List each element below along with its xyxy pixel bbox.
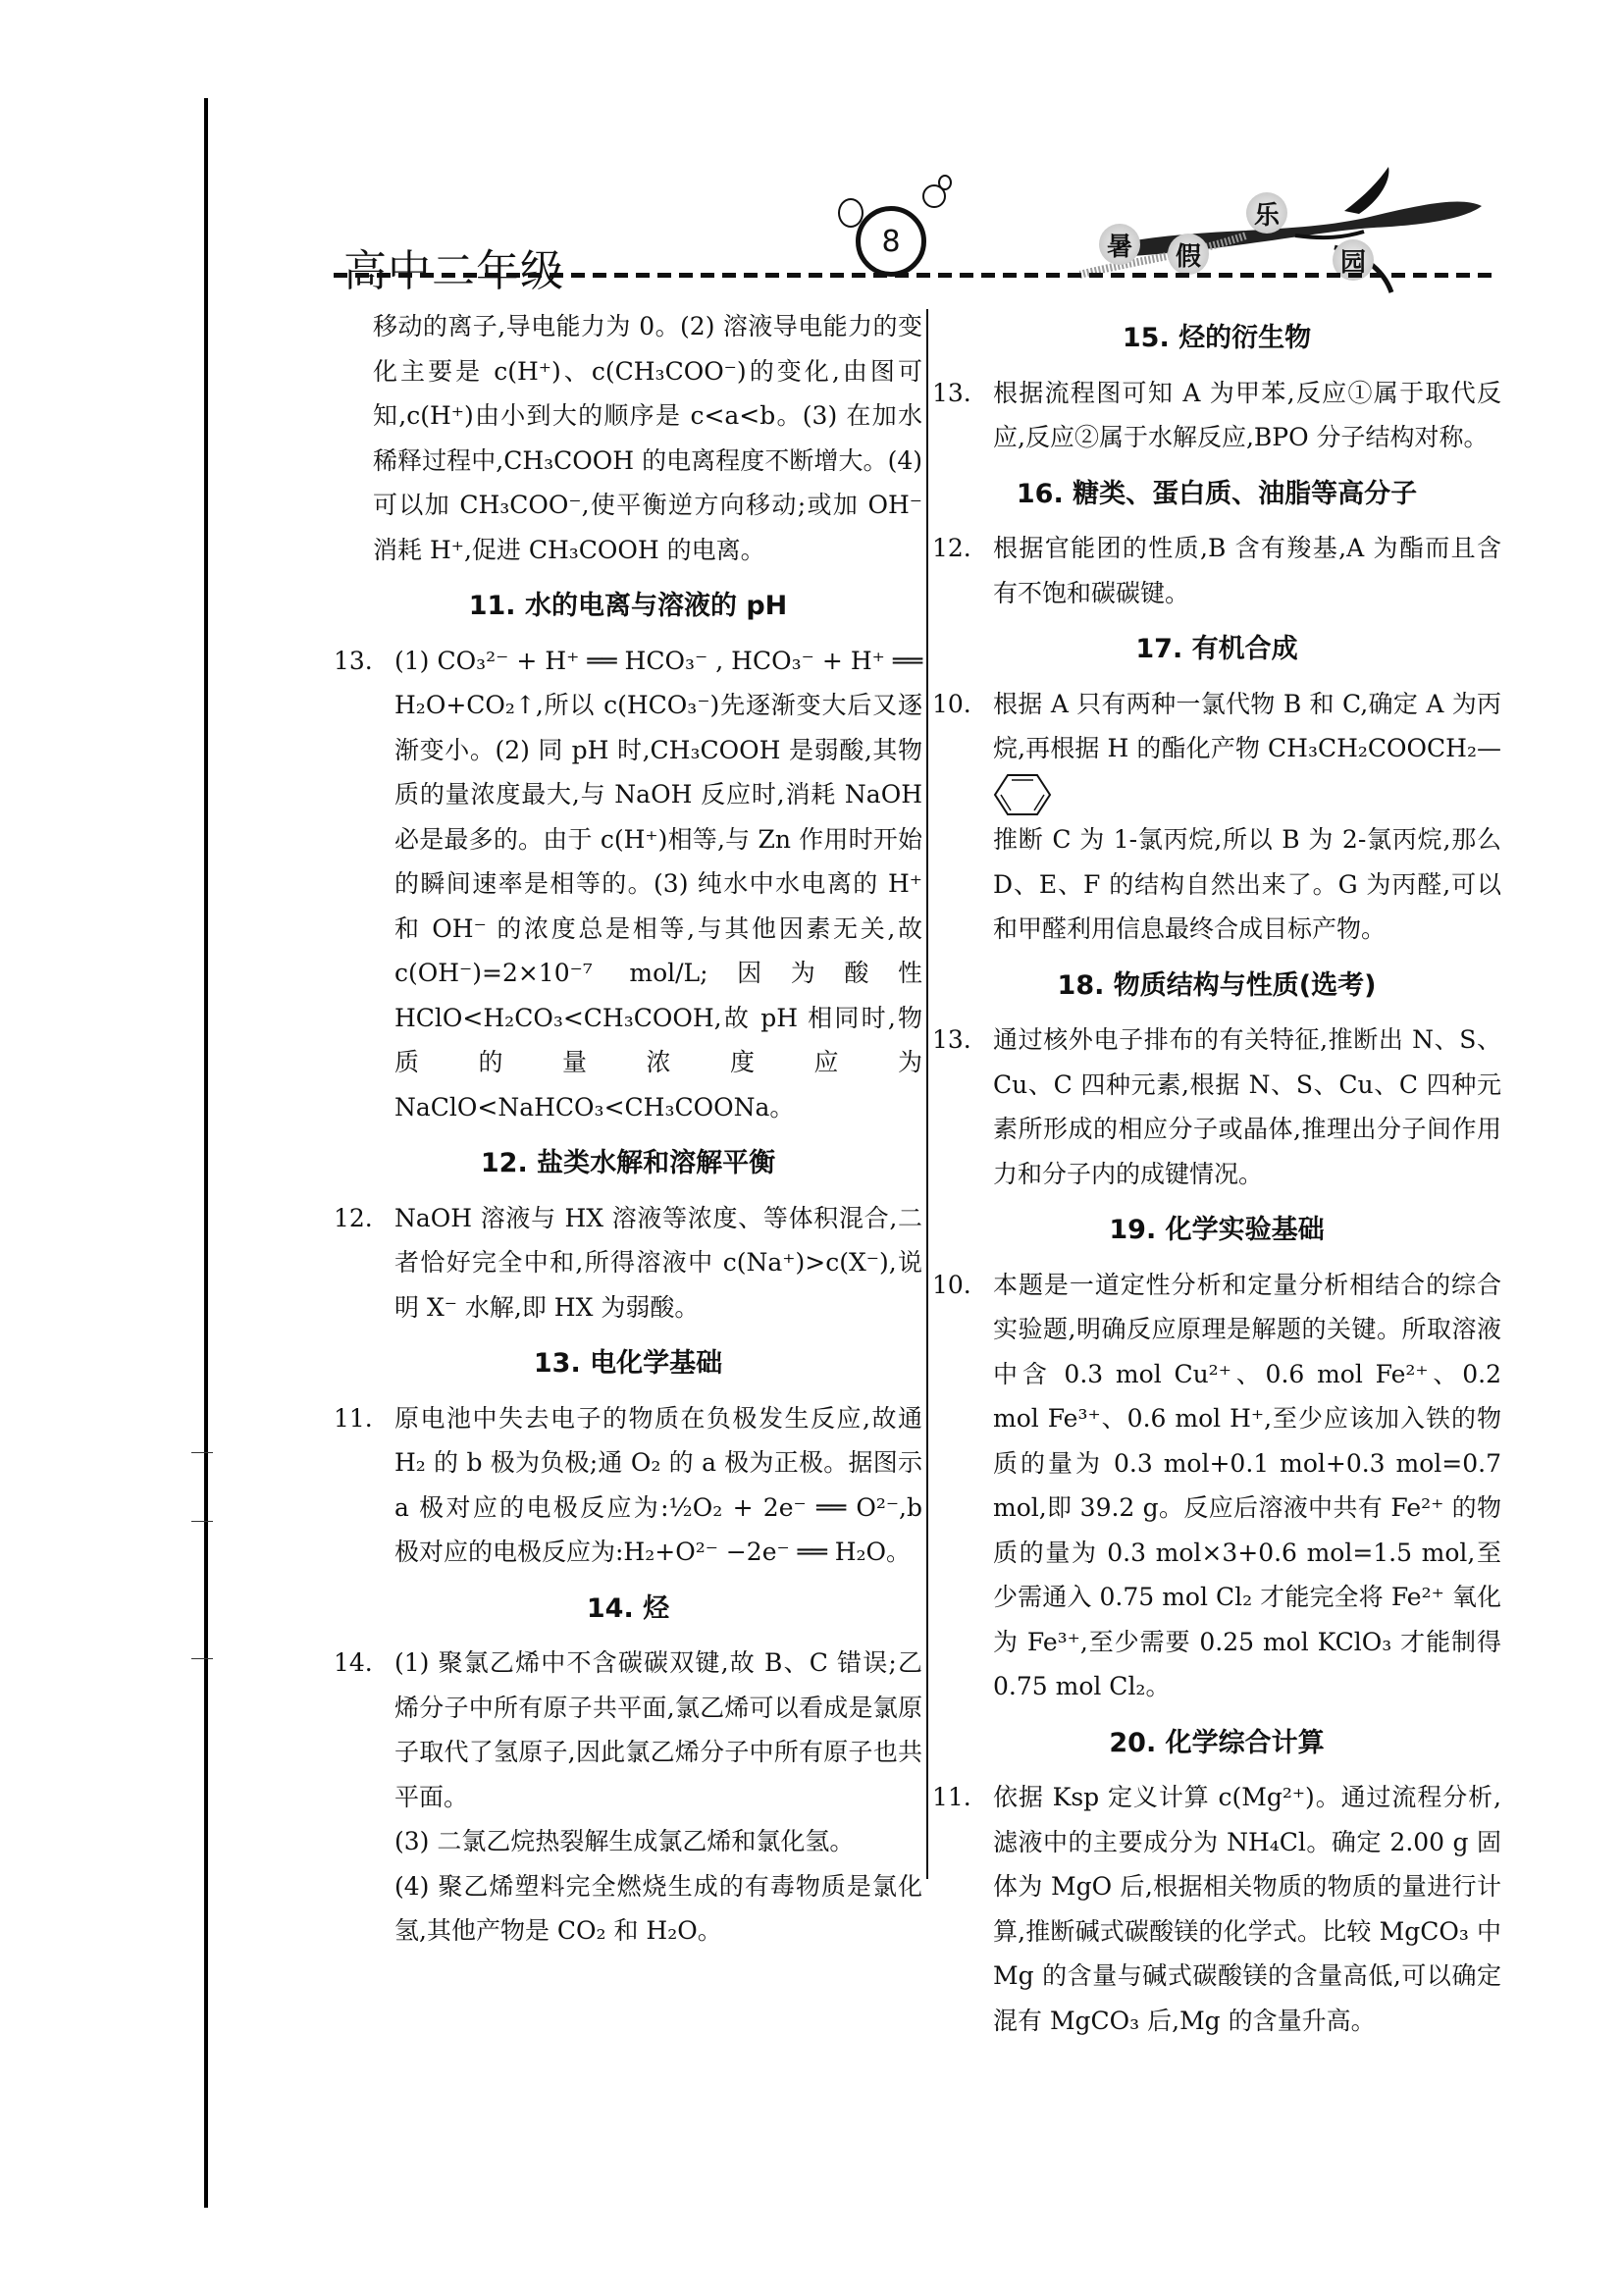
- section-structure-properties: 18. 物质结构与性质(选考) 13. 通过核外电子排布的有关特征,推断出 N、…: [932, 964, 1501, 1197]
- answer-subpart: (4) 聚乙烯塑料完全燃烧生成的有毒物质是氯化氢,其他产物是 CO₂ 和 H₂O…: [394, 1864, 922, 1954]
- answer-item: 13. 根据流程图可知 A 为甲苯,反应①属于取代反应,反应②属于水解反应,BP…: [932, 371, 1501, 460]
- decorative-bubble-icon: [938, 175, 952, 190]
- section-title: 17. 有机合成: [932, 627, 1501, 672]
- answer-text: 根据官能团的性质,B 含有羧基,A 为酯而且含有不饱和碳碳键。: [993, 526, 1501, 615]
- question-number: 14.: [334, 1641, 391, 1686]
- question-number: 13.: [334, 639, 391, 684]
- page-header: 高中二年级 8 暑 假 乐 园: [334, 147, 1492, 285]
- answer-text: 本题是一道定性分析和定量分析相结合的综合实验题,明确反应原理是解题的关键。所取溶…: [993, 1263, 1501, 1709]
- question-number: 12.: [932, 526, 989, 571]
- section-title: 16. 糖类、蛋白质、油脂等高分子: [932, 472, 1501, 517]
- section-hydrocarbon-derivatives: 15. 烃的衍生物 13. 根据流程图可知 A 为甲苯,反应①属于取代反应,反应…: [932, 316, 1501, 460]
- answer-item: 13. (1) CO₃²⁻ + H⁺ ══ HCO₃⁻ , HCO₃⁻ + H⁺…: [334, 639, 922, 1130]
- answer-text: 依据 Ksp 定义计算 c(Mg²⁺)。通过流程分析,滤液中的主要成分为 NH₄…: [993, 1775, 1501, 2043]
- question-number: 12.: [334, 1196, 391, 1241]
- section-electrochemistry: 13. 电化学基础 11. 原电池中失去电子的物质在负极发生反应,故通 H₂ 的…: [334, 1341, 922, 1575]
- section-lab-basics: 19. 化学实验基础 10. 本题是一道定性分析和定量分析相结合的综合实验题,明…: [932, 1208, 1501, 1709]
- margin-tick: [191, 1658, 213, 1659]
- question-number: 13.: [932, 1018, 989, 1063]
- section-title: 15. 烃的衍生物: [932, 316, 1501, 361]
- margin-tick: [191, 1521, 213, 1522]
- binding-margin-line: [204, 98, 208, 2208]
- answer-subpart: (3) 二氯乙烷热裂解生成氯乙烯和氯化氢。: [394, 1819, 922, 1864]
- answer-item: 12. NaOH 溶液与 HX 溶液等浓度、等体积混合,二者恰好完全中和,所得溶…: [334, 1196, 922, 1331]
- section-title: 20. 化学综合计算: [932, 1721, 1501, 1766]
- answer-item: 13. 通过核外电子排布的有关特征,推断出 N、S、Cu、C 四种元素,根据 N…: [932, 1018, 1501, 1196]
- section-water-ionization: 11. 水的电离与溶液的 pH 13. (1) CO₃²⁻ + H⁺ ══ HC…: [334, 584, 922, 1129]
- answer-item: 11. 依据 Ksp 定义计算 c(Mg²⁺)。通过流程分析,滤液中的主要成分为…: [932, 1775, 1501, 2043]
- answer-item: 12. 根据官能团的性质,B 含有羧基,A 为酯而且含有不饱和碳碳键。: [932, 526, 1501, 615]
- answer-text: 根据流程图可知 A 为甲苯,反应①属于取代反应,反应②属于水解反应,BPO 分子…: [993, 371, 1501, 460]
- benzene-ring-icon: [993, 772, 1052, 817]
- section-organic-synthesis: 17. 有机合成 10. 根据 A 只有两种一氯代物 B 和 C,确定 A 为丙…: [932, 627, 1501, 952]
- left-column: 移动的离子,导电能力为 0。(2) 溶液导电能力的变化主要是 c(H⁺)、c(C…: [334, 304, 922, 1959]
- page-number-badge: 8: [856, 206, 926, 277]
- question-number: 13.: [932, 371, 989, 416]
- answer-text: 根据 A 只有两种一氯代物 B 和 C,确定 A 为丙烷,再根据 H 的酯化产物…: [993, 690, 1501, 763]
- answer-text: 原电池中失去电子的物质在负极发生反应,故通 H₂ 的 b 极为负极;通 O₂ 的…: [394, 1396, 922, 1575]
- section-comprehensive-calculation: 20. 化学综合计算 11. 依据 Ksp 定义计算 c(Mg²⁺)。通过流程分…: [932, 1721, 1501, 2044]
- question-number: 10.: [932, 682, 989, 727]
- answer-text: (1) 聚氯乙烯中不含碳碳双键,故 B、C 错误;乙烯分子中所有原子共平面,氯乙…: [394, 1641, 922, 1819]
- answer-text: NaOH 溶液与 HX 溶液等浓度、等体积混合,二者恰好完全中和,所得溶液中 c…: [394, 1196, 922, 1331]
- margin-tick: [191, 1452, 213, 1453]
- page-number: 8: [881, 225, 900, 259]
- question-number: 11.: [932, 1775, 989, 1820]
- section-macromolecules: 16. 糖类、蛋白质、油脂等高分子 12. 根据官能团的性质,B 含有羧基,A …: [932, 472, 1501, 616]
- answer-item: 10. 本题是一道定性分析和定量分析相结合的综合实验题,明确反应原理是解题的关键…: [932, 1263, 1501, 1709]
- header-dashed-rule: [334, 273, 1492, 278]
- continued-answer: 移动的离子,导电能力为 0。(2) 溶液导电能力的变化主要是 c(H⁺)、c(C…: [334, 304, 922, 572]
- section-title: 19. 化学实验基础: [932, 1208, 1501, 1253]
- answer-item: 14. (1) 聚氯乙烯中不含碳碳双键,故 B、C 错误;乙烯分子中所有原子共平…: [334, 1641, 922, 1954]
- answer-text: 通过核外电子排布的有关特征,推断出 N、S、Cu、C 四种元素,根据 N、S、C…: [993, 1018, 1501, 1196]
- brand-char: 乐: [1246, 192, 1287, 234]
- section-title: 18. 物质结构与性质(选考): [932, 964, 1501, 1009]
- section-title: 12. 盐类水解和溶解平衡: [334, 1141, 922, 1186]
- right-column: 15. 烃的衍生物 13. 根据流程图可知 A 为甲苯,反应①属于取代反应,反应…: [932, 304, 1501, 2049]
- question-number: 10.: [932, 1263, 989, 1308]
- section-hydrocarbons: 14. 烃 14. (1) 聚氯乙烯中不含碳碳双键,故 B、C 错误;乙烯分子中…: [334, 1587, 922, 1954]
- answer-item: 11. 原电池中失去电子的物质在负极发生反应,故通 H₂ 的 b 极为负极;通 …: [334, 1396, 922, 1575]
- column-divider: [926, 309, 928, 1879]
- section-title: 14. 烃: [334, 1587, 922, 1632]
- summer-holiday-logo: 暑 假 乐 园: [1079, 167, 1492, 285]
- section-salt-hydrolysis: 12. 盐类水解和溶解平衡 12. NaOH 溶液与 HX 溶液等浓度、等体积混…: [334, 1141, 922, 1330]
- answer-text: (1) CO₃²⁻ + H⁺ ══ HCO₃⁻ , HCO₃⁻ + H⁺ ══ …: [394, 639, 922, 1130]
- question-number: 11.: [334, 1396, 391, 1441]
- brand-char: 假: [1168, 234, 1209, 275]
- brand-char: 暑: [1099, 224, 1140, 265]
- section-title: 11. 水的电离与溶液的 pH: [334, 584, 922, 629]
- section-title: 13. 电化学基础: [334, 1341, 922, 1386]
- grade-title: 高中二年级: [343, 235, 564, 298]
- answer-text: 推断 C 为 1-氯丙烷,所以 B 为 2-氯丙烷,那么 D、E、F 的结构自然…: [993, 817, 1501, 952]
- answer-item: 10. 根据 A 只有两种一氯代物 B 和 C,确定 A 为丙烷,再根据 H 的…: [932, 682, 1501, 952]
